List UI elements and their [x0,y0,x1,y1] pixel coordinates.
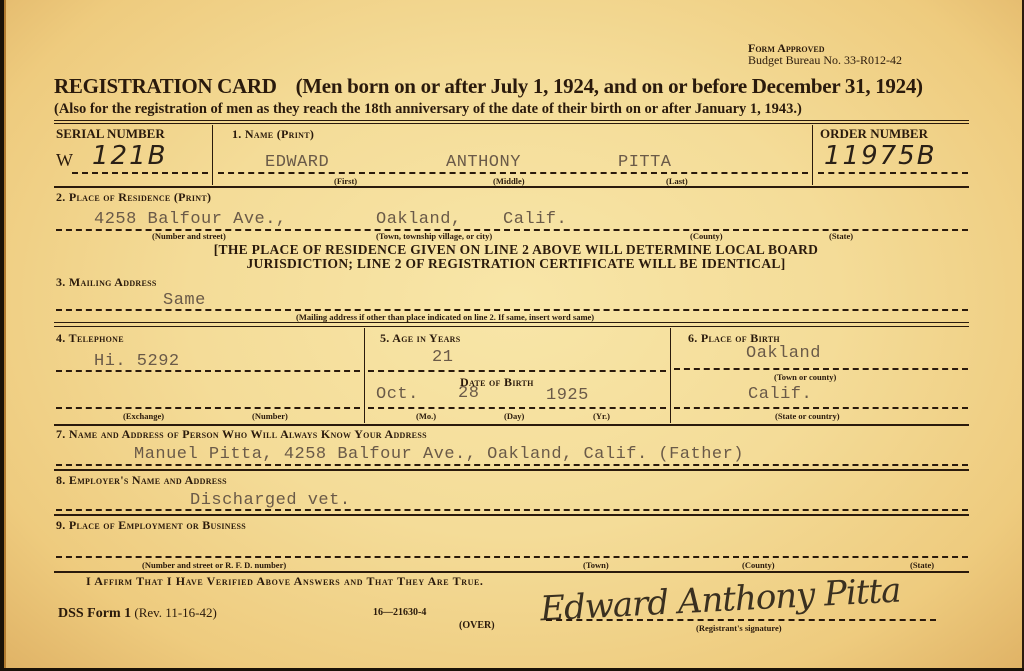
name-line [218,172,808,174]
birth-state-caption: (State or country) [775,411,840,421]
signature-line [546,619,936,621]
birth-state-line [674,407,968,409]
birth-town-line [674,368,968,370]
budget-bureau-number: Budget Bureau No. 33-R012-42 [748,54,902,66]
middle-caption: (Middle) [493,176,525,186]
age-value: 21 [432,348,453,367]
employment-line [56,556,968,558]
number-caption: (Number) [252,411,288,421]
last-caption: (Last) [666,176,688,186]
form-approval: Form Approved Budget Bureau No. 33-R012-… [748,42,902,66]
employment-label: 9. Place of Employment or Business [56,518,246,533]
dob-line [368,407,666,409]
rule [54,469,969,471]
rule [54,424,969,426]
county-caption: (County) [690,231,723,241]
signature-caption: (Registrant's signature) [696,623,782,633]
notice-line-1: [THE PLACE OF RESIDENCE GIVEN ON LINE 2 … [106,243,926,257]
employment-town-caption: (Town) [583,560,609,570]
contact-label: 7. Name and Address of Person Who Will A… [56,427,427,442]
mailing-caption: (Mailing address if other than place ind… [296,312,594,322]
affirmation-text: I Affirm That I Have Verified Above Answ… [86,574,484,589]
order-number-value: 11975B [824,141,937,171]
mailing-line [56,309,968,311]
employment-county-caption: (County) [742,560,775,570]
contact-line [56,464,968,466]
contact-value: Manuel Pitta, 4258 Balfour Ave., Oakland… [134,445,744,464]
exchange-caption: (Exchange) [123,411,164,421]
name-label: 1. Name (Print) [232,127,314,142]
rule [54,571,969,573]
month-caption: (Mo.) [416,411,436,421]
over-note: (OVER) [459,620,495,631]
first-caption: (First) [334,176,357,186]
age-label: 5. Age in Years [380,331,461,346]
birth-state-value: Calif. [748,385,812,404]
card-title: REGISTRATION CARD (Men born on or after … [54,74,923,99]
last-name-value: PITTA [618,153,672,172]
telephone-line-2 [56,407,360,409]
serial-number-label: SERIAL NUMBER [56,126,165,142]
birth-month-value: Oct. [376,385,419,404]
telephone-label: 4. Telephone [56,331,124,346]
print-code: 16—21630-4 [373,607,426,618]
residence-street-value: 4258 Balfour Ave., [94,210,287,229]
birth-town-caption: (Town or county) [774,372,836,382]
registration-card: Form Approved Budget Bureau No. 33-R012-… [4,0,1024,668]
year-caption: (Yr.) [593,411,610,421]
birth-day-value: 28 [458,384,479,403]
form-revision: (Rev. 11-16-42) [134,605,216,620]
divider [212,125,213,185]
birth-town-value: Oakland [746,344,821,363]
rule [54,322,969,327]
form-name: DSS Form 1 [58,606,131,621]
card-title-note: (Men born on or after July 1, 1924, and … [296,74,923,98]
telephone-line [56,370,360,372]
notice-line-2: JURISDICTION; LINE 2 OF REGISTRATION CER… [106,257,926,271]
employer-label: 8. Employer's Name and Address [56,473,227,488]
serial-prefix: W [56,150,73,171]
residence-town-value: Oakland, [376,210,462,229]
residence-label: 2. Place of Residence (Print) [56,190,211,205]
employer-line [56,509,968,511]
birth-year-value: 1925 [546,386,589,405]
mailing-value: Same [163,291,206,310]
middle-name-value: ANTHONY [446,153,521,172]
card-title-main: REGISTRATION CARD [54,74,277,98]
order-number-label: ORDER NUMBER [820,126,928,142]
rule [54,514,969,516]
employment-street-caption: (Number and street or R. F. D. number) [142,560,286,570]
serial-number-value: 121B [92,141,167,171]
first-name-value: EDWARD [265,153,329,172]
divider [812,125,813,185]
day-caption: (Day) [504,411,524,421]
street-caption: (Number and street) [152,231,226,241]
employer-value: Discharged vet. [190,491,351,510]
residence-state-value: Calif. [503,210,567,229]
card-subtitle: (Also for the registration of men as the… [54,101,802,118]
divider [670,328,671,423]
serial-line [72,172,208,174]
header-rule [54,120,969,124]
rule [54,186,969,188]
form-footer: DSS Form 1 (Rev. 11-16-42) [58,605,217,622]
town-caption: (Town, township village, or city) [376,231,492,241]
order-line [818,172,968,174]
divider [364,328,365,423]
jurisdiction-notice: [THE PLACE OF RESIDENCE GIVEN ON LINE 2 … [106,243,926,271]
employment-state-caption: (State) [910,560,934,570]
telephone-value: Hi. 5292 [94,352,180,371]
age-line [368,370,666,372]
state-caption: (State) [829,231,853,241]
mailing-label: 3. Mailing Address [56,275,157,290]
